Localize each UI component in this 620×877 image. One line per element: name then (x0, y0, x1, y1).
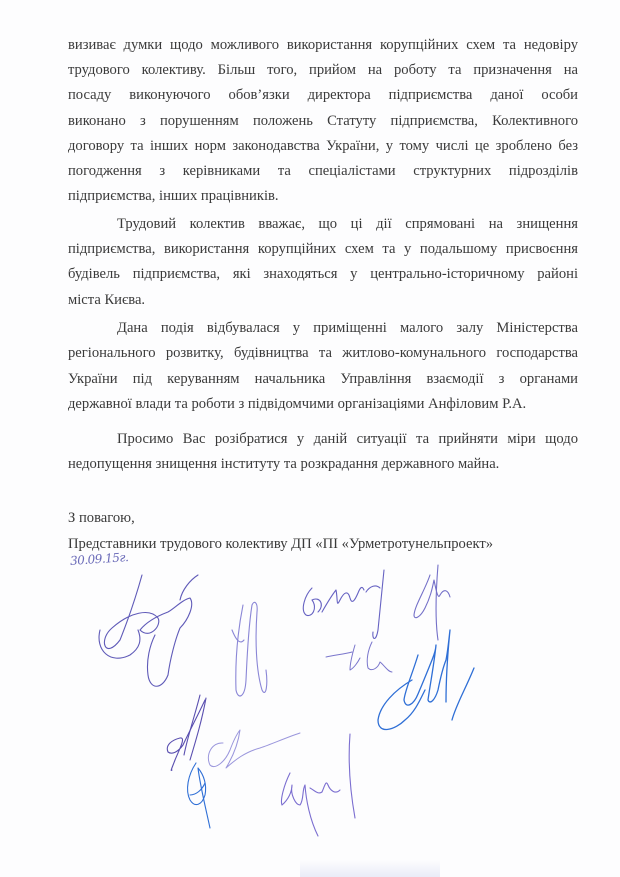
document-page: визиває думки щодо можливого використанн… (0, 0, 620, 877)
signature-8 (208, 730, 300, 768)
signatures-block (0, 0, 620, 877)
signature-10 (281, 734, 355, 836)
signature-4 (414, 565, 450, 640)
signature-1 (99, 575, 198, 686)
signature-3 (303, 570, 384, 639)
scan-artifact (300, 860, 440, 877)
signature-5 (326, 642, 392, 672)
signature-2 (232, 602, 267, 696)
signature-9 (188, 763, 210, 828)
signature-6 (378, 630, 474, 729)
signature-7 (167, 695, 206, 771)
